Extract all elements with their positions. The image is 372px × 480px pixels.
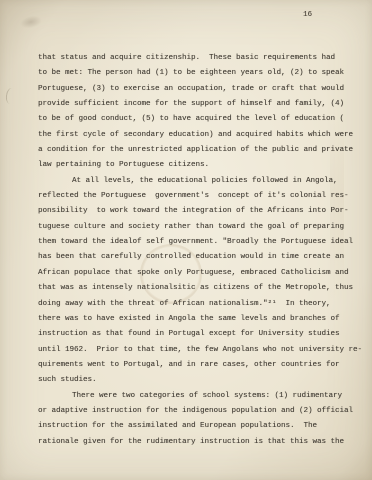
text-line: rationale given for the rudimentary inst… <box>38 435 358 450</box>
text-line: reflected the Portuguese government's co… <box>38 189 358 204</box>
text-line: law pertaining to Portuguese citizens. <box>38 158 358 173</box>
text-line: Portuguese, (3) to exercise an occupatio… <box>38 82 358 97</box>
text-line: instruction for the assimilated and Euro… <box>38 419 358 434</box>
text-line: or adaptive instruction for the indigeno… <box>38 404 358 419</box>
text-line: there was to have existed in Angola the … <box>38 312 358 327</box>
text-line: such studies. <box>38 373 358 388</box>
text-line: to be of good conduct, (5) to have acqui… <box>38 112 358 127</box>
text-line: until 1962. Prior to that time, the few … <box>38 343 358 358</box>
text-line: quirements went to Portugal, and in rare… <box>38 358 358 373</box>
text-line: ponsibility to work toward the integrati… <box>38 204 358 219</box>
text-line: African populace that spoke only Portugu… <box>38 266 358 281</box>
text-line: There were two categories of school syst… <box>38 389 358 404</box>
text-line: the first cycle of secondary education) … <box>38 128 358 143</box>
document-text: that status and acquire citizenship. The… <box>38 51 358 450</box>
text-line: provide sufficient income for the suppor… <box>38 97 358 112</box>
paragraph: that status and acquire citizenship. The… <box>38 51 358 174</box>
text-line: doing away with the threat of African na… <box>38 297 358 312</box>
text-line: instruction as that found in Portugal ex… <box>38 327 358 342</box>
text-line: that was as intensely nationalsitic as c… <box>38 281 358 296</box>
document-page: 16 that status and acquire citizenship. … <box>0 0 372 480</box>
paragraph: There were two categories of school syst… <box>38 389 358 450</box>
text-line: tuguese culture and society rather than … <box>38 220 358 235</box>
text-line: them toward the idealof self government.… <box>38 235 358 250</box>
pencil-mark <box>5 87 17 104</box>
text-line: to be met: The person had (1) to be eigh… <box>38 66 358 81</box>
text-line: At all levels, the educational policies … <box>38 174 358 189</box>
text-line: has been that carefully controlled educa… <box>38 250 358 265</box>
paragraph: At all levels, the educational policies … <box>38 174 358 389</box>
text-line: that status and acquire citizenship. The… <box>38 51 358 66</box>
text-line: a condition for the unrestricted applica… <box>38 143 358 158</box>
page-number: 16 <box>303 11 312 19</box>
stain-mark <box>19 14 43 30</box>
